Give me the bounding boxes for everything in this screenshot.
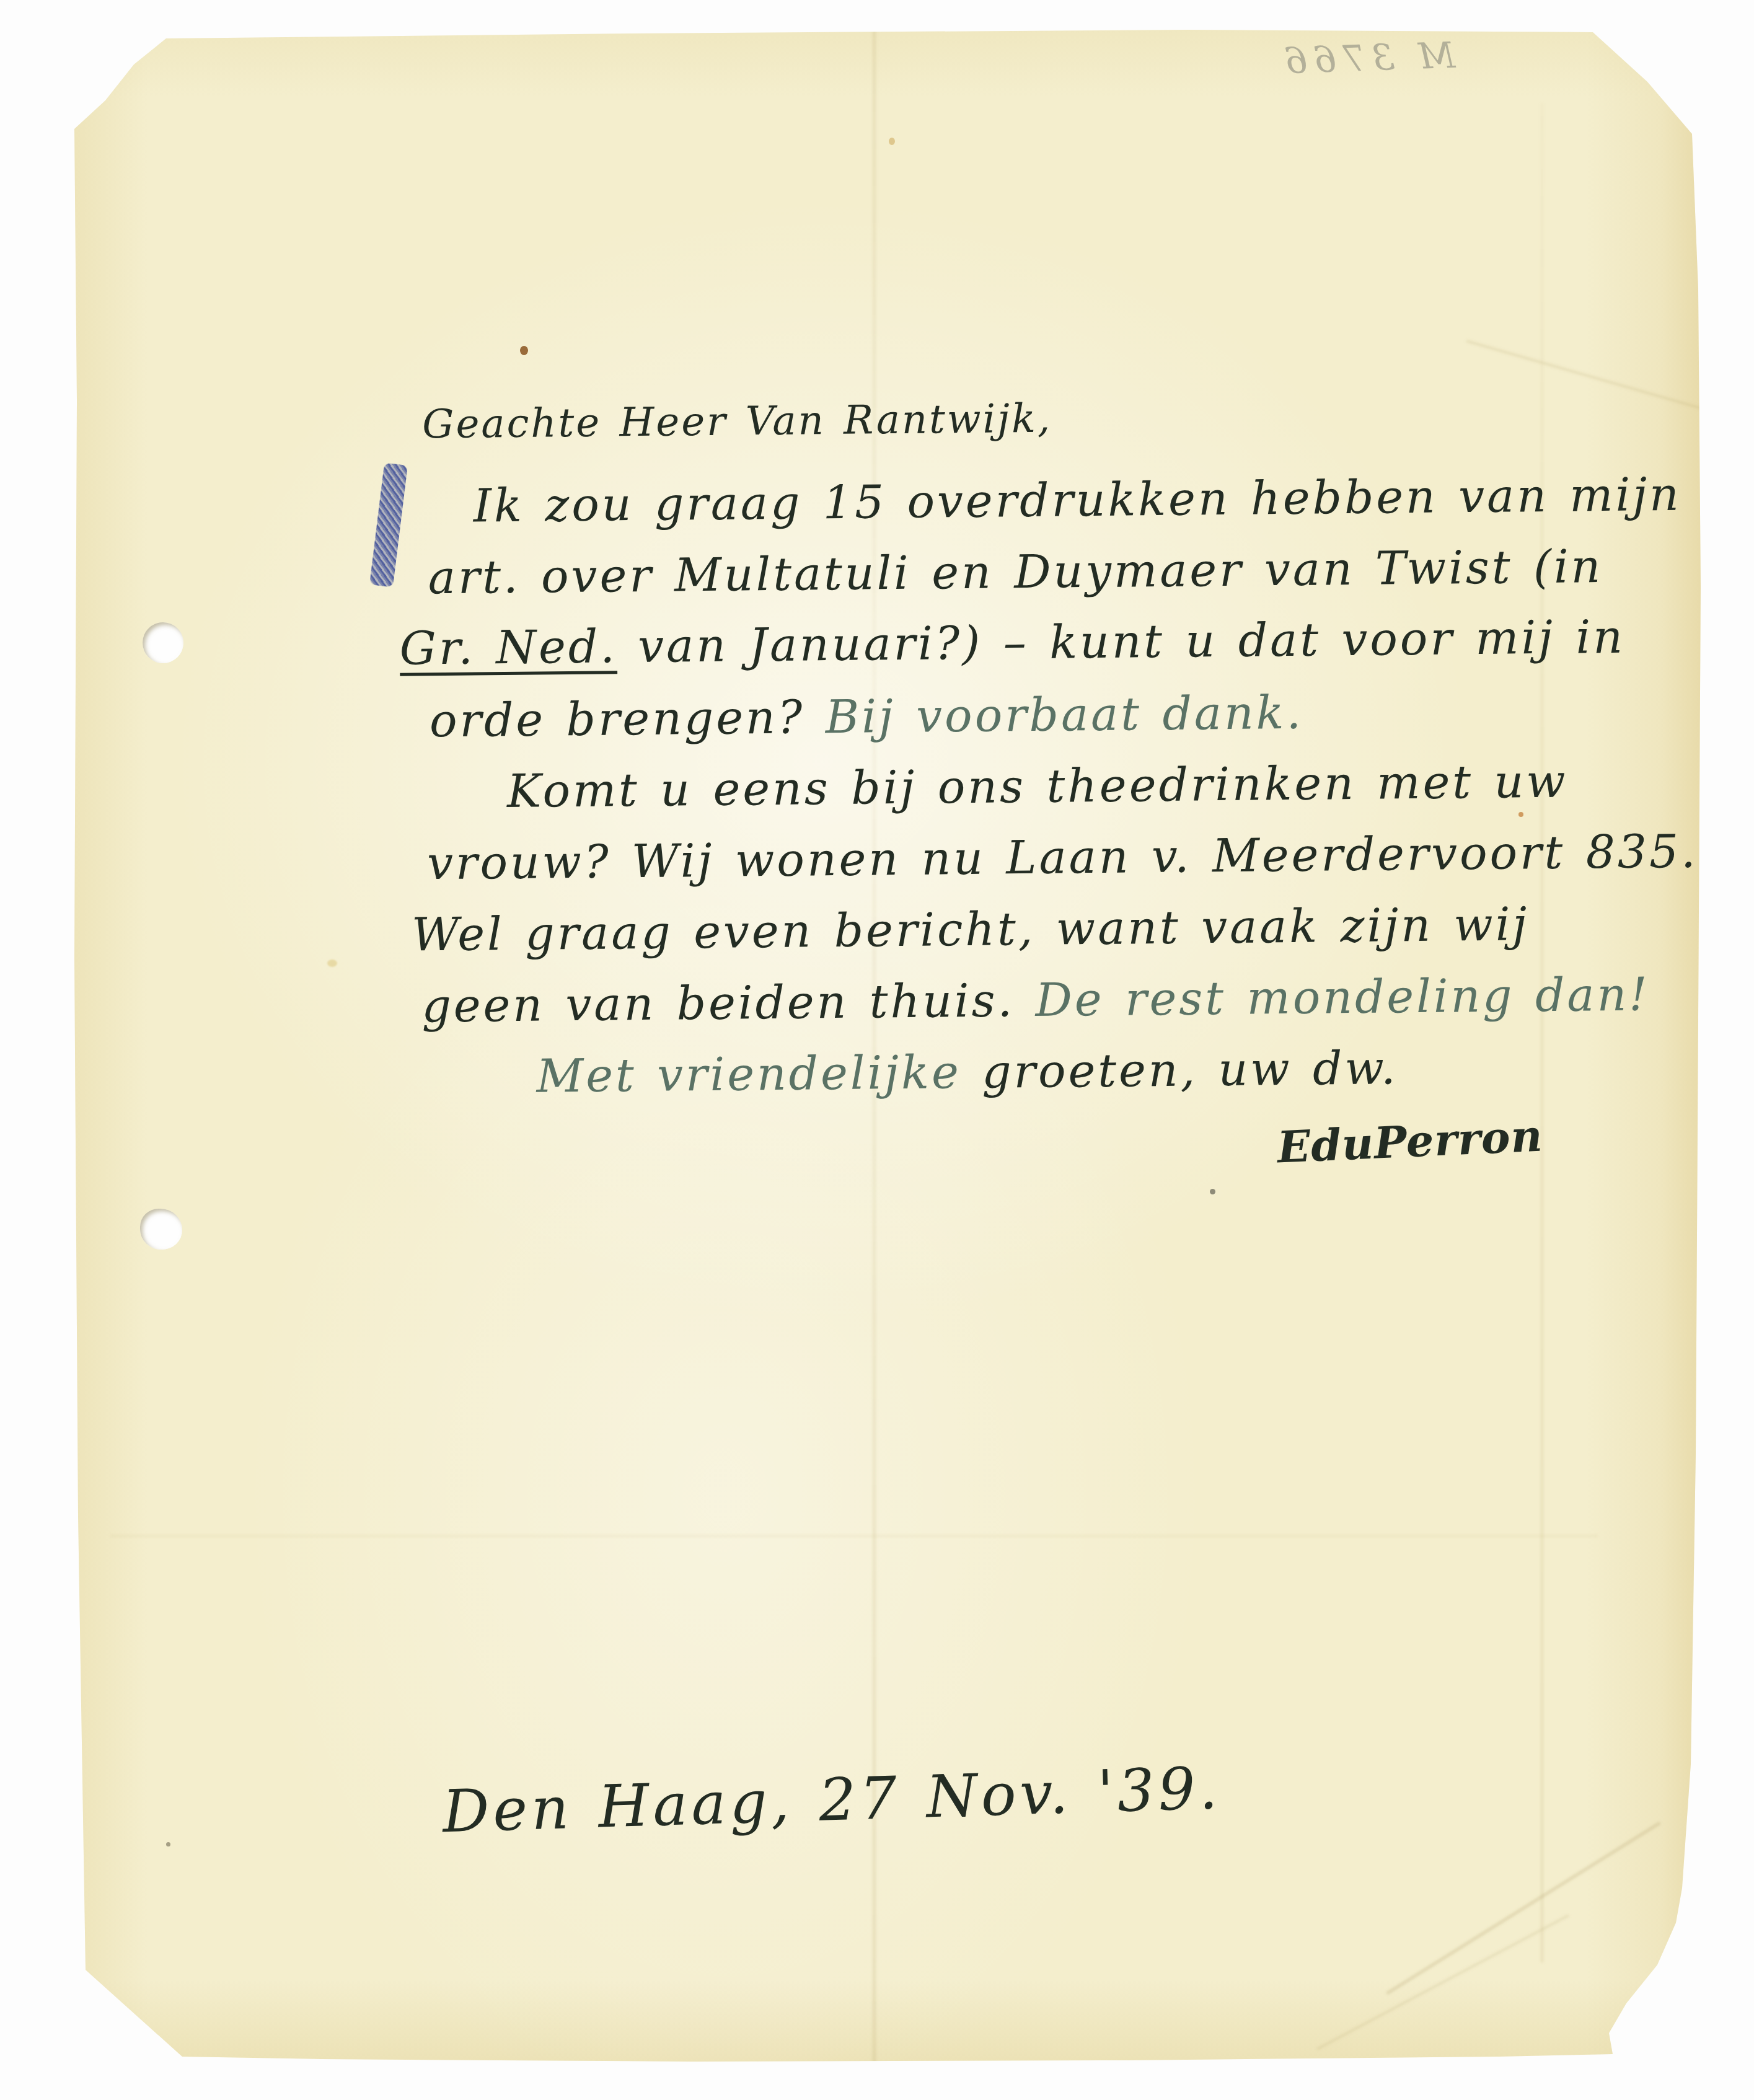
body-line-3: Gr. Ned. van Januari?) – kunt u dat voor… bbox=[399, 611, 1625, 676]
body-line-8-start: geen van beiden thuis. bbox=[421, 974, 1036, 1033]
scanner-background: M 3766 Geachte Heer Van Rantwijk, Ik zou… bbox=[0, 0, 1754, 2100]
underlined-journal-abbreviation: Gr. Ned. bbox=[399, 620, 617, 675]
body-line-3-rest: van Januari?) – kunt u dat voor mij in bbox=[617, 611, 1625, 674]
body-line-2: art. over Multatuli en Duymaer van Twist… bbox=[428, 540, 1603, 604]
body-line-4: orde brengen? Bij voorbaat dank. bbox=[430, 686, 1304, 748]
body-line-8: geen van beiden thuis. De rest mondeling… bbox=[421, 968, 1650, 1033]
body-line-1: Ik zou graag 15 overdrukken hebben van m… bbox=[473, 468, 1681, 533]
handwriting-layer: Geachte Heer Van Rantwijk, Ik zou graag … bbox=[69, 17, 1718, 2069]
body-line-4-start: orde brengen? bbox=[430, 690, 826, 748]
signature: EduPerron bbox=[1276, 1110, 1544, 1173]
body-line-7: Wel graag even bericht, want vaak zijn w… bbox=[412, 898, 1530, 961]
body-line-5: Komt u eens bij ons theedrinken met uw bbox=[507, 755, 1568, 818]
dateline: Den Haag, 27 Nov. '39. bbox=[441, 1755, 1222, 1846]
body-line-6: vrouw? Wij wonen nu Laan v. Meerdervoort… bbox=[427, 825, 1698, 891]
closing-start: Met vriendelijke bbox=[536, 1046, 982, 1103]
body-line-8-faded: De rest mondeling dan! bbox=[1035, 968, 1650, 1027]
salutation-line: Geachte Heer Van Rantwijk, bbox=[422, 396, 1052, 448]
closing-line: Met vriendelijke groeten, uw dw. bbox=[536, 1041, 1398, 1103]
closing-rest: groeten, uw dw. bbox=[982, 1041, 1398, 1098]
letter-paper: M 3766 Geachte Heer Van Rantwijk, Ik zou… bbox=[73, 29, 1703, 2065]
body-line-4-faded: Bij voorbaat dank. bbox=[825, 686, 1303, 744]
